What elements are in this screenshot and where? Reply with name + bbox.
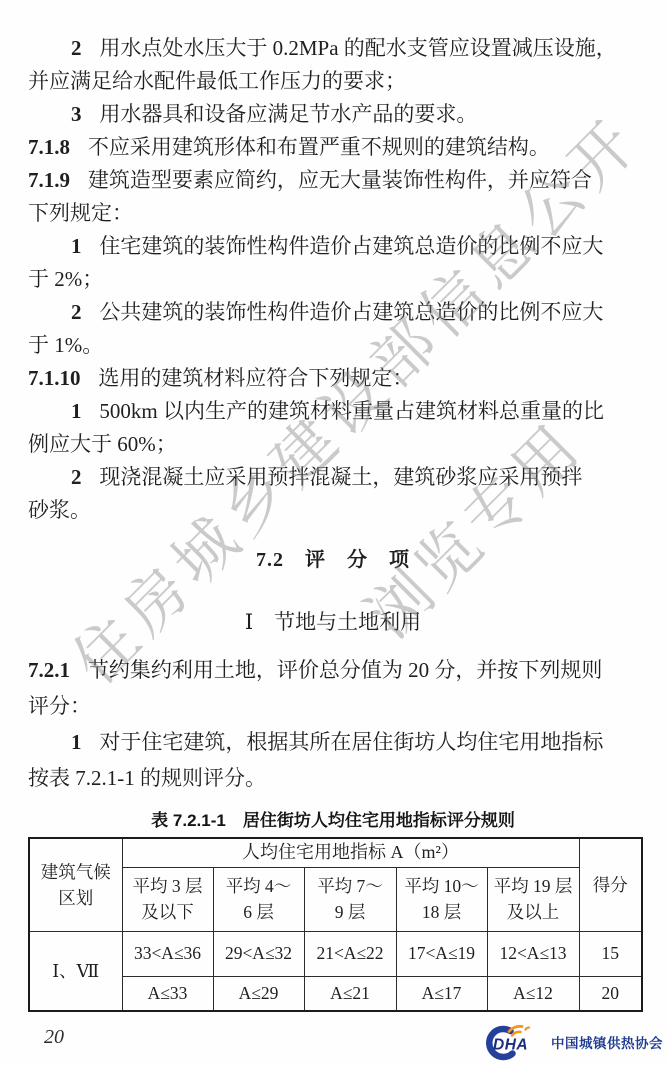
logo-flame-arc-inner [512,1032,521,1036]
table-cell: A≤17 [396,976,487,1011]
item-number: 2 [71,300,82,324]
item-number: 2 [71,465,82,489]
cdha-logo-mark-icon: DHA [482,1023,546,1061]
cdha-logo: DHA 中国城镇供热协会 [482,1022,663,1062]
item-text: 用水器具和设备应满足节水产品的要求。 [99,102,477,126]
table-caption: 表 7.2.1-1 居住街坊人均住宅用地指标评分规则 [28,806,638,831]
clause-number: 7.1.8 [28,135,70,159]
table-subheader: 平均 19 层 及以上 [487,867,579,931]
table-cell: A≤33 [122,976,213,1011]
list-item-paragraph: 1500km 以内生产的建筑材料重量占建筑材料总重量的比 例应大于 60%； [28,395,638,461]
table-subheader: 平均 7～ 9 层 [304,867,396,931]
table-subheader: 平均 3 层 及以下 [122,867,213,931]
table-cell: 29<A≤32 [213,931,304,976]
list-item-paragraph: 2公共建筑的装饰性构件造价占建筑总造价的比例不应大 于 1%。 [28,296,638,362]
clause-paragraph: 7.1.9建筑造型要素应简约，应无大量装饰性构件，并应符合 下列规定： [28,164,638,230]
logo-flame-arc-tip [526,1028,530,1030]
logo-abbr: DHA [493,1037,528,1054]
table-cell-score: 15 [579,931,642,976]
item-number: 3 [71,102,82,126]
item-text: 用水点处水压大于 0.2MPa 的配水支管应设置减压设施， 并应满足给水配件最低… [28,36,617,93]
table-header-score: 得分 [579,838,642,931]
list-item-paragraph: 3用水器具和设备应满足节水产品的要求。 [28,98,638,131]
subsection-heading: Ⅰ 节地与土地利用 [28,607,638,637]
table-cell: 33<A≤36 [122,931,213,976]
item-number: 1 [71,234,82,258]
page-body: 2用水点处水压大于 0.2MPa 的配水支管应设置减压设施， 并应满足给水配件最… [28,32,638,1012]
clause-number: 7.1.10 [28,366,81,390]
logo-org-name: 中国城镇供热协会 [551,1032,663,1052]
table-cell-zone: Ⅰ、Ⅶ [29,931,122,1011]
item-text: 现浇混凝土应采用预拌混凝土，建筑砂浆应采用预拌 砂浆。 [28,465,582,522]
item-text: 500km 以内生产的建筑材料重量占建筑材料总重量的比 例应大于 60%； [28,399,604,456]
item-number: 2 [71,36,82,60]
table-subheader: 平均 4～ 6 层 [213,867,304,931]
table-cell: A≤21 [304,976,396,1011]
page-number: 20 [44,1026,64,1049]
clause-text: 节约集约利用土地，评价总分值为 20 分，并按下列规则 评分： [28,658,602,718]
document-page: 2用水点处水压大于 0.2MPa 的配水支管应设置减压设施， 并应满足给水配件最… [0,0,668,1066]
scoring-table: 建筑气候 区划 人均住宅用地指标 A（m²） 得分 平均 3 层 及以下 平均 … [28,837,643,1012]
section-72-body: 7.2.1节约集约利用土地，评价总分值为 20 分，并按下列规则 评分： 1对于… [28,652,638,796]
table-header-indicator-group: 人均住宅用地指标 A（m²） [122,838,579,867]
clause-paragraph: 7.1.8不应采用建筑形体和布置严重不规则的建筑结构。 [28,131,638,164]
table-cell: A≤29 [213,976,304,1011]
clause-text: 选用的建筑材料应符合下列规定： [98,366,413,390]
item-number: 1 [71,399,82,423]
clause-text: 建筑造型要素应简约，应无大量装饰性构件，并应符合 下列规定： [28,168,592,225]
item-text: 对于住宅建筑，根据其所在居住街坊人均住宅用地指标 按表 7.2.1-1 的规则评… [28,730,603,790]
list-item-paragraph: 1对于住宅建筑，根据其所在居住街坊人均住宅用地指标 按表 7.2.1-1 的规则… [28,724,638,796]
table-subheader: 平均 10～ 18 层 [396,867,487,931]
clause-text: 不应采用建筑形体和布置严重不规则的建筑结构。 [88,135,550,159]
clause-paragraph: 7.2.1节约集约利用土地，评价总分值为 20 分，并按下列规则 评分： [28,652,638,724]
table-cell: A≤12 [487,976,579,1011]
table-cell: 21<A≤22 [304,931,396,976]
item-number: 1 [71,730,82,754]
table-cell-score: 20 [579,976,642,1011]
list-item-paragraph: 2用水点处水压大于 0.2MPa 的配水支管应设置减压设施， 并应满足给水配件最… [28,32,638,98]
item-text: 住宅建筑的装饰性构件造价占建筑总造价的比例不应大 于 2%； [28,234,603,291]
list-item-paragraph: 1住宅建筑的装饰性构件造价占建筑总造价的比例不应大 于 2%； [28,230,638,296]
list-item-paragraph: 2现浇混凝土应采用预拌混凝土，建筑砂浆应采用预拌 砂浆。 [28,461,638,527]
table-header-climate-zone: 建筑气候 区划 [29,838,122,931]
table-cell: 17<A≤19 [396,931,487,976]
clause-number: 7.2.1 [28,658,70,682]
table-cell: 12<A≤13 [487,931,579,976]
clause-number: 7.1.9 [28,168,70,192]
section-heading: 7.2 评 分 项 [28,546,638,574]
clause-paragraph: 7.1.10选用的建筑材料应符合下列规定： [28,362,638,395]
item-text: 公共建筑的装饰性构件造价占建筑总造价的比例不应大 于 1%。 [28,300,603,357]
